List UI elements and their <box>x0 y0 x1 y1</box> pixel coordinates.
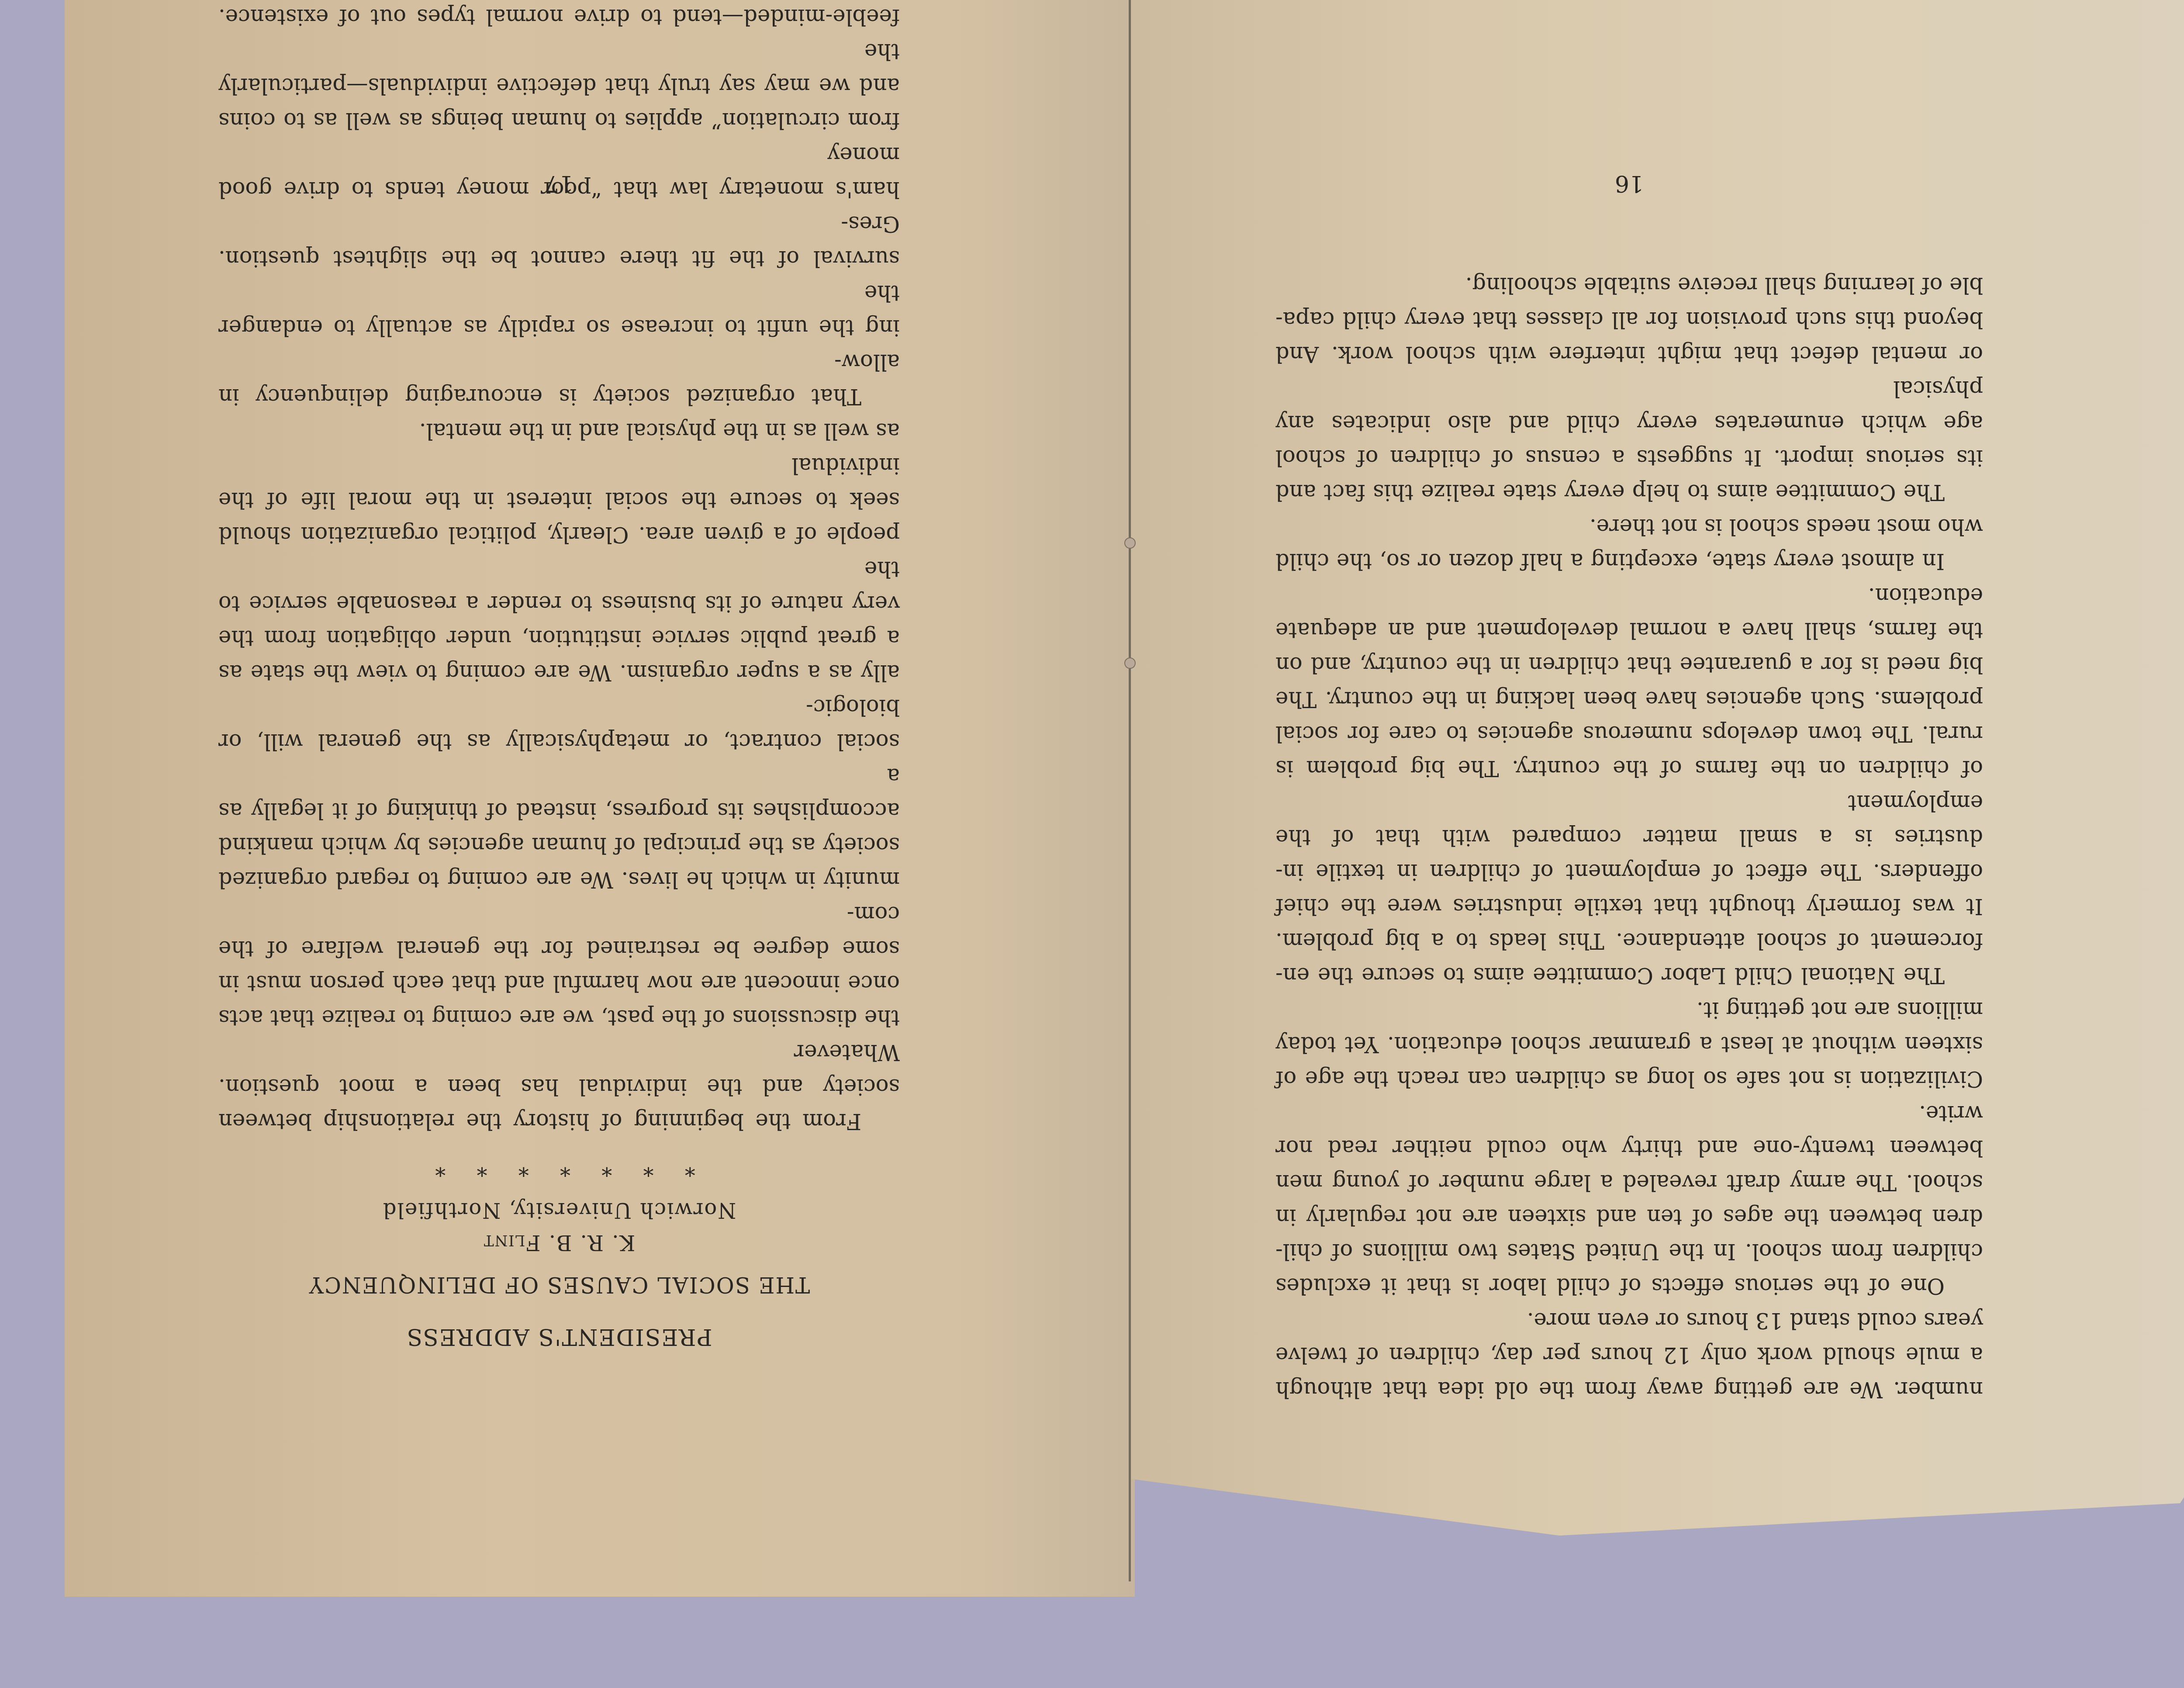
text-line: survival of the fit there cannot be the … <box>218 207 900 276</box>
text-line: very nature of its business to render a … <box>218 552 900 621</box>
address-title: PRESIDENT'S ADDRESS <box>218 1324 900 1350</box>
paragraph: The Committee aims to help every state r… <box>1275 268 1983 509</box>
text-line: between twenty-one and thirty who could … <box>1275 1096 1983 1165</box>
paragraph: That organized society is encouraging de… <box>218 0 900 414</box>
text-line: In almost every state, excepting a half … <box>1275 544 1983 578</box>
text-line: children from school. In the United Stat… <box>1275 1234 1983 1269</box>
text-line: ing the unfit to increase so rapidly as … <box>218 276 900 345</box>
text-line: who most needs school is not there. <box>1275 509 1983 544</box>
text-line: rural. The town develops numerous agenci… <box>1275 716 1983 751</box>
text-line: years could stand 13 hours or even more. <box>1275 1303 1983 1338</box>
text-line: forcement of school attendance. This lea… <box>1275 924 1983 958</box>
text-line: society as the principal of human agenci… <box>218 828 900 862</box>
binding-staple-icon <box>1124 537 1136 549</box>
right-body-text: number. We are getting away from the old… <box>1275 268 1983 1407</box>
text-line: offenders. The effect of employment of c… <box>1275 854 1983 889</box>
text-line: That organized society is encouraging de… <box>218 345 900 414</box>
text-line: problems. Such agencies have been lackin… <box>1275 682 1983 716</box>
text-line: as well as in the physical and in the me… <box>218 414 900 448</box>
text-line: sixteen without at least a grammar schoo… <box>1275 1027 1983 1062</box>
text-line: It was formerly thought that textile ind… <box>1275 889 1983 924</box>
paragraph: From the beginning of history the relati… <box>218 414 900 1138</box>
text-line: age which enumerates every child and als… <box>1275 371 1983 440</box>
text-line: feeble-minded—tend to drive normal types… <box>218 0 900 34</box>
text-line: From the beginning of history the relati… <box>218 1104 900 1138</box>
text-line: of children on the farms of the country.… <box>1275 751 1983 785</box>
page-number: 16 <box>1275 170 1983 197</box>
paragraph: number. We are getting away from the old… <box>1275 1303 1983 1407</box>
text-line: social contract, or metaphysically as th… <box>218 690 900 759</box>
text-line: seek to secure the social interest in th… <box>218 448 900 517</box>
article-title: THE SOCIAL CAUSES OF DELINQUENCY <box>218 1272 900 1297</box>
text-line: and we may say truly that defective indi… <box>218 34 900 103</box>
text-line: dustries is a small matter compared with… <box>1275 785 1983 854</box>
text-line: number. We are getting away from the old… <box>1275 1372 1983 1407</box>
book-gutter <box>1129 0 1131 1581</box>
section-separator: * * * * * * * <box>218 1156 900 1180</box>
text-line: people of a given area. Clearly, politic… <box>218 517 900 552</box>
text-line: some degree be restrained for the genera… <box>218 897 900 966</box>
left-page-content: PRESIDENT'S ADDRESS THE SOCIAL CAUSES OF… <box>218 170 900 1350</box>
text-line: accomplishes its progress, instead of th… <box>218 759 900 828</box>
text-line: One of the serious effects of child labo… <box>1275 1269 1983 1303</box>
paragraph: One of the serious effects of child labo… <box>1275 993 1983 1303</box>
right-page-content: number. We are getting away from the old… <box>1275 170 1983 1407</box>
text-line: dren between the ages of ten and sixteen… <box>1275 1200 1983 1234</box>
text-line: society and the individual has been a mo… <box>218 1035 900 1104</box>
paragraph: In almost every state, excepting a half … <box>1275 509 1983 578</box>
page-number: 17 <box>218 170 900 197</box>
text-line: a mule should work only 12 hours per day… <box>1275 1338 1983 1372</box>
text-line: beyond this such provision for all class… <box>1275 302 1983 337</box>
text-line: big need is for a guarantee that childre… <box>1275 647 1983 682</box>
text-line: from circulation” applies to human being… <box>218 103 900 138</box>
text-line: once innocent are now harmful and that e… <box>218 966 900 1000</box>
text-line: school. The army draft revealed a large … <box>1275 1165 1983 1200</box>
text-line: Civilization is not safe so long as chil… <box>1275 1062 1983 1096</box>
author-affiliation: Norwich University, Northfield <box>218 1198 900 1222</box>
text-line: its serious import. It suggests a census… <box>1275 440 1983 475</box>
text-line: The National Child Labor Committee aims … <box>1275 958 1983 993</box>
binding-staple-icon <box>1124 657 1136 669</box>
text-line: or mental defect that might interfere wi… <box>1275 337 1983 371</box>
paragraph: The National Child Labor Committee aims … <box>1275 578 1983 993</box>
text-line: The Committee aims to help every state r… <box>1275 475 1983 509</box>
text-line: munity in which he lives. We are coming … <box>218 862 900 897</box>
text-line: a great public service institution, unde… <box>218 621 900 655</box>
text-line: ble of learning shall receive suitable s… <box>1275 268 1983 302</box>
text-line: education. <box>1275 578 1983 613</box>
author-name: K. R. B. Flint <box>218 1230 900 1255</box>
text-line: ally as a super organism. We are coming … <box>218 655 900 690</box>
text-line: millions are not getting it. <box>1275 993 1983 1027</box>
text-line: the farms, shall have a normal developme… <box>1275 613 1983 647</box>
text-line: the discussions of the past, we are comi… <box>218 1000 900 1035</box>
